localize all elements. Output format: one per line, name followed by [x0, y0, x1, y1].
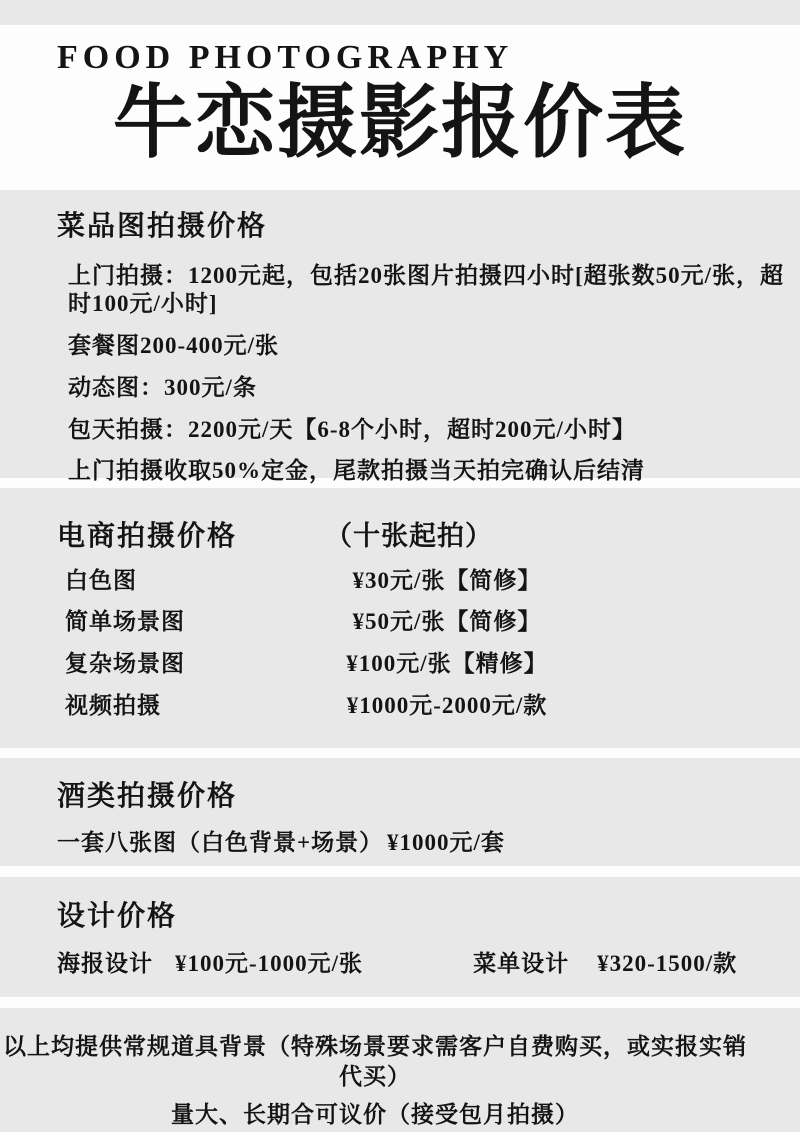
- price-row: 简单场景图 ¥50元/张【简修】: [0, 607, 800, 637]
- header: FOOD PHOTOGRAPHY 牛恋摄影报价表: [0, 25, 800, 190]
- row-label: 简单场景图: [65, 607, 332, 637]
- section-alcohol-prices: 酒类拍摄价格 一套八张图（白色背景+场景） ¥1000元/套: [0, 758, 800, 866]
- row-price: ¥1000元-2000元/款: [332, 691, 562, 721]
- section-divider: [0, 866, 800, 877]
- dish-price-line: 动态图：300元/条: [68, 361, 800, 403]
- row-label: 复杂场景图: [65, 649, 332, 679]
- ecommerce-heading-note: （十张起拍）: [325, 514, 493, 553]
- footer-note-line: 量大、长期合可议价（接受包月拍摄）: [0, 1100, 800, 1130]
- row-label: 海报设计: [57, 949, 153, 979]
- row-price: ¥100元/张【精修】: [332, 649, 562, 679]
- ecommerce-heading-row: 电商拍摄价格 （十张起拍）: [0, 514, 800, 554]
- price-row: 视频拍摄 ¥1000元-2000元/款: [0, 691, 800, 721]
- dish-price-line: 包天拍摄：2200元/天【6-8个小时，超时200元/小时】: [68, 403, 800, 445]
- row-label: 一套八张图（白色背景+场景）: [57, 828, 387, 858]
- price-row: 一套八张图（白色背景+场景） ¥1000元/套: [0, 828, 800, 858]
- section-heading-design: 设计价格: [57, 900, 800, 934]
- dish-price-line: 套餐图200-400元/张: [68, 319, 800, 361]
- row-label: 白色图: [65, 566, 332, 596]
- page-title: 牛恋摄影报价表: [0, 82, 800, 166]
- row-price: ¥30元/张【简修】: [332, 566, 562, 596]
- row-price: ¥1000元/套: [387, 828, 505, 858]
- section-design-prices: 设计价格 海报设计 ¥100元-1000元/张 菜单设计 ¥320-1500/款: [0, 877, 800, 997]
- price-row: 白色图 ¥30元/张【简修】: [0, 566, 800, 596]
- row-price: ¥50元/张【简修】: [332, 607, 562, 637]
- price-row: 复杂场景图 ¥100元/张【精修】: [0, 649, 800, 679]
- header-subtitle: FOOD PHOTOGRAPHY: [0, 25, 800, 76]
- section-heading-ecommerce: 电商拍摄价格: [57, 520, 237, 554]
- section-ecommerce-prices: 电商拍摄价格 （十张起拍） 白色图 ¥30元/张【简修】 简单场景图 ¥50元/…: [0, 488, 800, 748]
- footer-notes: 以上均提供常规道具背景（特殊场景要求需客户自费购买，或实报实销代买） 量大、长期…: [0, 1008, 800, 1132]
- section-dish-photo-prices: 菜品图拍摄价格 上门拍摄：1200元起，包括20张图片拍摄四小时[超张数50元/…: [0, 190, 800, 478]
- row-label: 视频拍摄: [65, 691, 332, 721]
- section-heading-dish: 菜品图拍摄价格: [57, 210, 800, 244]
- section-divider: [0, 997, 800, 1008]
- row-label: 菜单设计: [473, 949, 569, 979]
- section-heading-alcohol: 酒类拍摄价格: [57, 780, 800, 814]
- section-divider: [0, 748, 800, 758]
- top-gray-band: [0, 0, 800, 25]
- footer-note-line: 以上均提供常规道具背景（特殊场景要求需客户自费购买，或实报实销代买）: [0, 1032, 800, 1092]
- dish-price-line: 上门拍摄：1200元起，包括20张图片拍摄四小时[超张数50元/张，超时100元…: [68, 244, 800, 320]
- row-price: ¥100元-1000元/张: [175, 949, 363, 979]
- row-price: ¥320-1500/款: [597, 949, 737, 979]
- design-price-row: 海报设计 ¥100元-1000元/张 菜单设计 ¥320-1500/款: [0, 949, 800, 979]
